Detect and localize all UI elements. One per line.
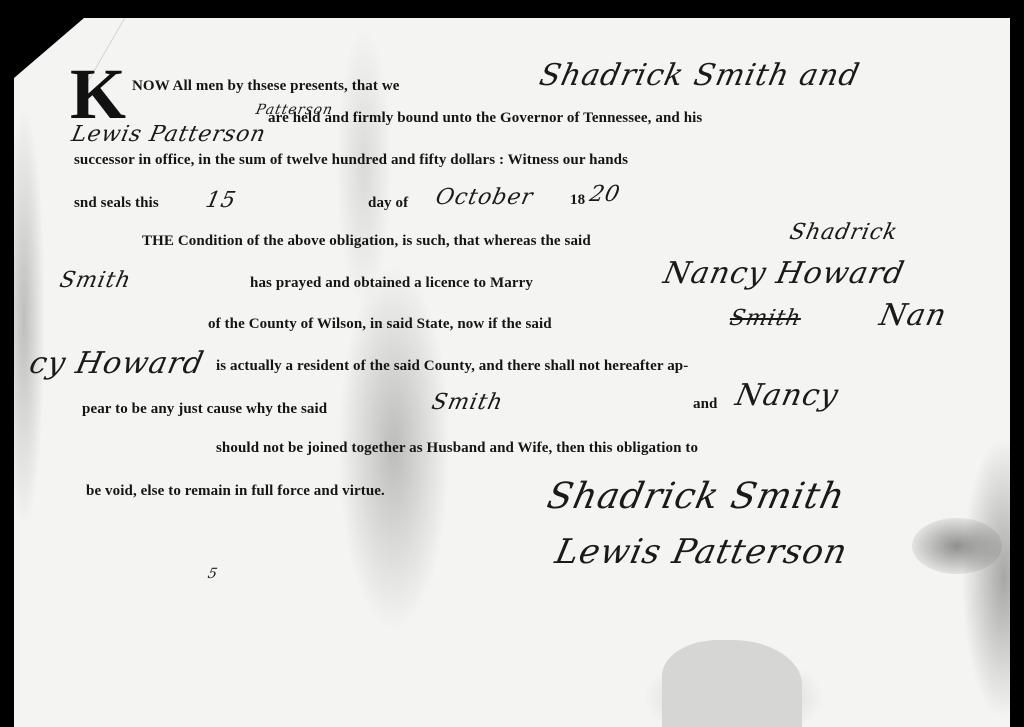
printed-line-9: pear to be any just cause why the said <box>82 401 327 418</box>
handwritten-bride-part-2: cy Howard <box>26 346 207 381</box>
handwritten-groom-last: Smith <box>57 268 133 293</box>
scan-border <box>1010 0 1024 727</box>
printed-line-4b: day of <box>368 195 408 212</box>
printed-line-5: THE Condition of the above obligation, i… <box>142 233 591 250</box>
printed-year-prefix: 18 <box>570 192 585 209</box>
handwritten-obligor-1: Shadrick Smith and <box>536 58 863 93</box>
printed-line-6: has prayed and obtained a licence to Mar… <box>250 275 533 292</box>
handwritten-groom-first: Shadrick <box>787 220 900 245</box>
printed-line-4a: snd seals this <box>74 195 159 212</box>
handwritten-bride-ref: Nancy <box>732 378 842 413</box>
handwritten-month: October <box>433 185 535 210</box>
printed-line-8: is actually a resident of the said Count… <box>216 358 688 375</box>
handwritten-bride-part-1: Nan <box>876 298 950 333</box>
printed-line-10: should not be joined together as Husband… <box>216 440 698 457</box>
handwritten-day: 15 <box>203 188 238 213</box>
signature-1: Shadrick Smith <box>544 476 849 517</box>
handwritten-struck-name: Smith <box>727 306 803 331</box>
handwritten-obligor-2: Lewis Patterson <box>69 122 268 147</box>
drop-cap: K <box>70 58 126 130</box>
wax-seal-mark <box>912 518 1002 574</box>
printed-line-3: successor in office, in the sum of twelv… <box>74 152 628 169</box>
signature-2: Lewis Patterson <box>552 532 852 572</box>
handwritten-year-suffix: 20 <box>587 182 622 207</box>
printed-line-7: of the County of Wilson, in said State, … <box>208 316 552 333</box>
printed-line-1: NOW All men by thsese presents, that we <box>132 78 400 95</box>
water-stain <box>662 640 802 727</box>
handwritten-groom-ref: Smith <box>429 390 505 415</box>
printed-line-11: be void, else to remain in full force an… <box>86 483 385 500</box>
printed-line-2: are held and firmly bound unto the Gover… <box>268 110 702 127</box>
handwritten-bride: Nancy Howard <box>660 256 908 291</box>
printed-and: and <box>693 396 718 413</box>
